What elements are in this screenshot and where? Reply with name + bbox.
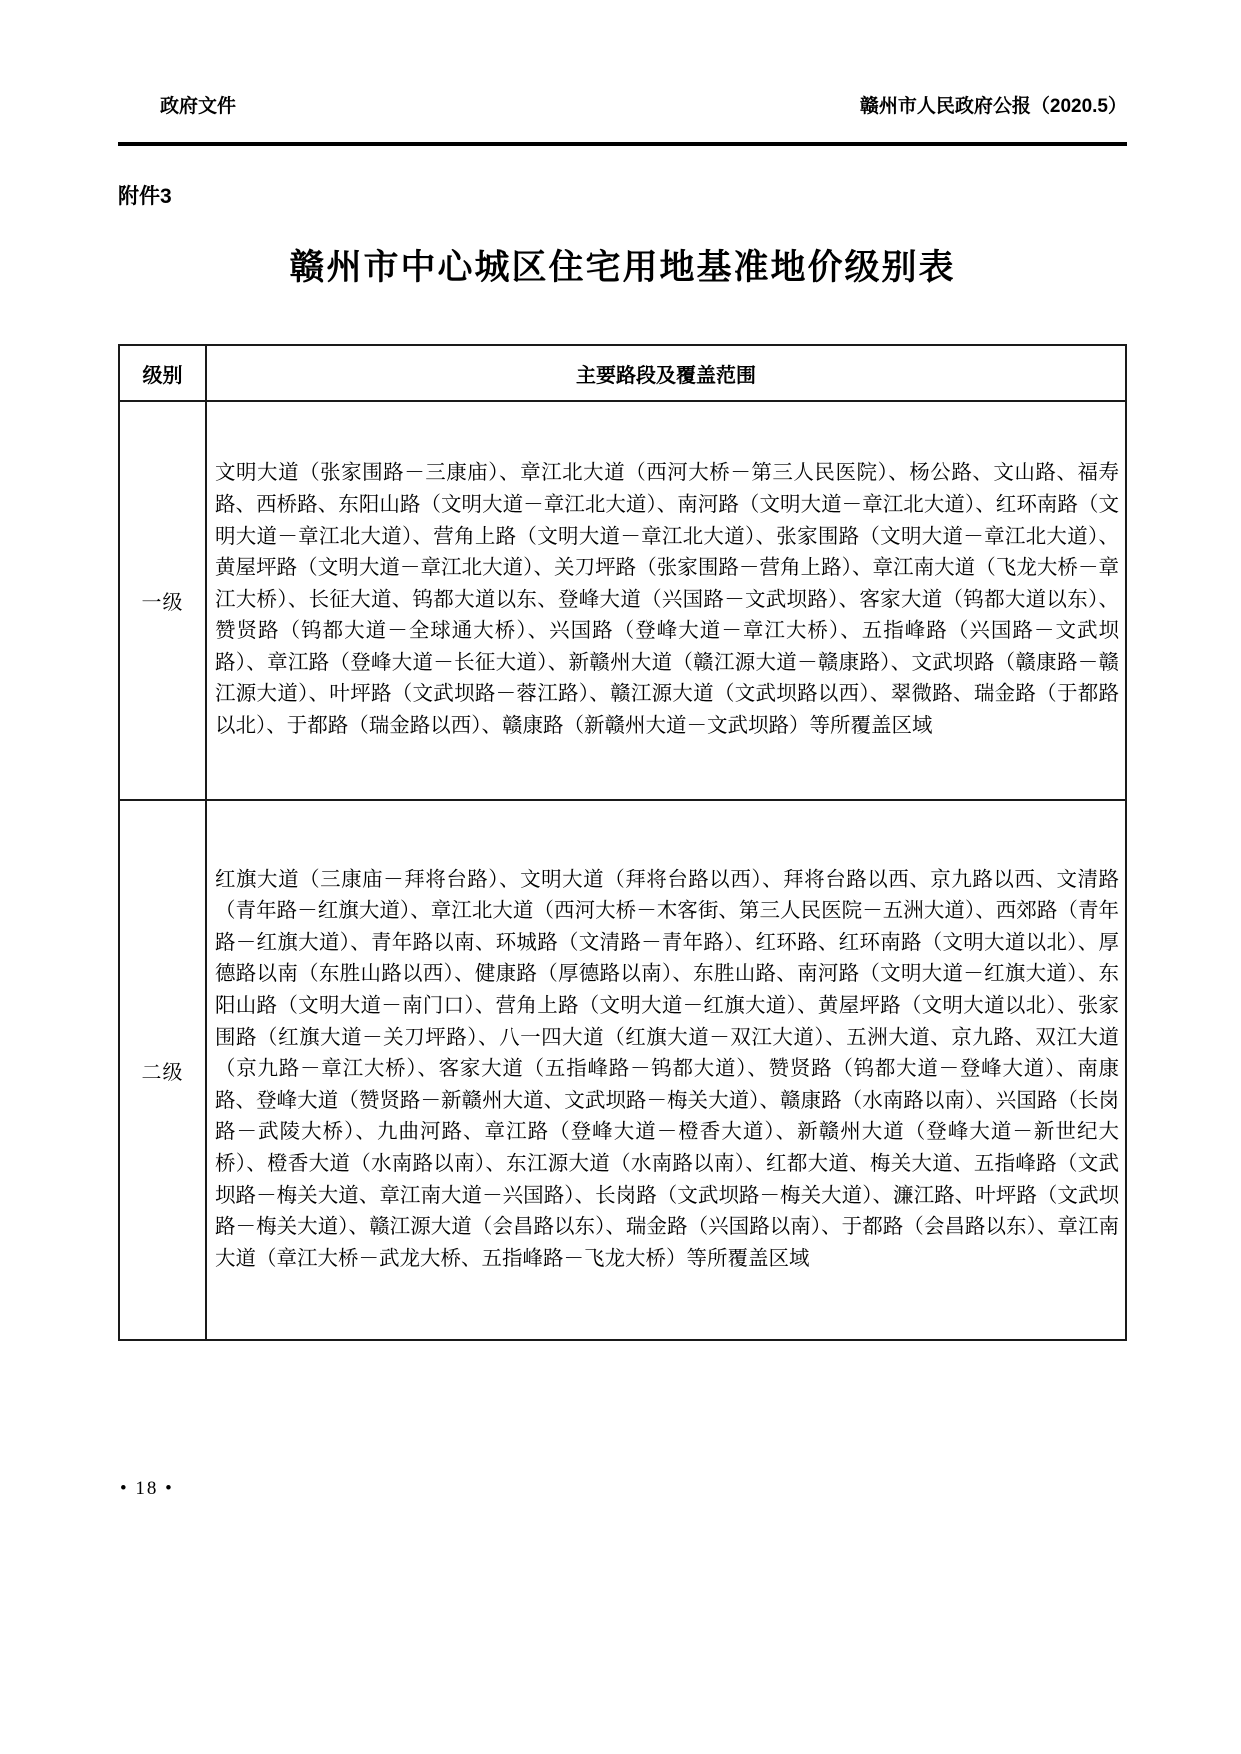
header-gazette-title: 赣州市人民政府公报（2020.5）	[860, 97, 1127, 116]
level-1-label: 一级	[119, 401, 206, 800]
table-row: 二级 红旗大道（三康庙－拜将台路）、文明大道（拜将台路以西）、拜将台路以西、京九…	[119, 800, 1126, 1340]
table-row: 一级 文明大道（张家围路－三康庙）、章江北大道（西河大桥－第三人民医院）、杨公路…	[119, 401, 1126, 800]
document-title: 赣州市中心城区住宅用地基准地价级别表	[118, 240, 1127, 290]
page-number: • 18 •	[120, 1478, 174, 1500]
land-price-level-table: 级别 主要路段及覆盖范围 一级 文明大道（张家围路－三康庙）、章江北大道（西河大…	[118, 344, 1127, 1341]
table-header-row: 级别 主要路段及覆盖范围	[119, 345, 1126, 401]
column-header-scope: 主要路段及覆盖范围	[206, 345, 1126, 401]
gazette-page: 政府文件 赣州市人民政府公报（2020.5） 附件3 赣州市中心城区住宅用地基准…	[0, 0, 1241, 1754]
column-header-level: 级别	[119, 345, 206, 401]
level-2-coverage-text: 红旗大道（三康庙－拜将台路）、文明大道（拜将台路以西）、拜将台路以西、京九路以西…	[206, 800, 1126, 1340]
level-1-coverage-text: 文明大道（张家围路－三康庙）、章江北大道（西河大桥－第三人民医院）、杨公路、文山…	[206, 401, 1126, 800]
header-divider	[118, 142, 1127, 146]
header-section-label: 政府文件	[118, 97, 236, 116]
page-header: 政府文件 赣州市人民政府公报（2020.5）	[118, 0, 1127, 116]
attachment-label: 附件3	[118, 180, 1127, 210]
level-2-label: 二级	[119, 800, 206, 1340]
page-content: 政府文件 赣州市人民政府公报（2020.5） 附件3 赣州市中心城区住宅用地基准…	[118, 0, 1127, 1341]
